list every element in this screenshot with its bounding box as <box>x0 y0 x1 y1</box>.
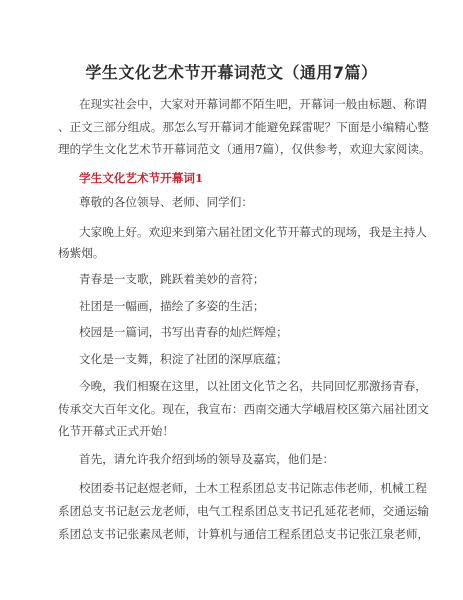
introduction-line: 首先，请允许我介绍到场的领导及嘉宾，他们是： <box>79 451 334 467</box>
declaration-line-3: 化节开幕式正式开始！ <box>58 423 174 439</box>
opening-line-1: 大家晚上好。欢迎来到第六届社团文化节开幕式的现场，我是主持人 <box>79 224 427 240</box>
guests-line-2: 系团总支书记赵云龙老师，电气工程系团总支书记孔延花老师，交通运输 <box>58 503 429 519</box>
intro-line-2: 、正文三部分组成。那怎么写开幕词才能避免踩雷呢？下面是小编精心整 <box>58 119 429 135</box>
verse-2: 社团是一幅画，描绘了多姿的生活； <box>79 298 265 314</box>
opening-line-2: 杨紫烟。 <box>58 245 104 261</box>
guests-line-1: 校团委书记赵煜老师，土木工程系团总支书记陈志伟老师，机械工程 <box>79 480 427 496</box>
declaration-line-1: 今晚，我们相聚在这里，以社团文化节之名，共同回忆那激扬青春， <box>79 378 427 394</box>
guests-line-3: 系团总支书记张素凤老师，计算机与通信工程系团总支书记张江泉老师， <box>58 526 429 542</box>
document-title: 学生文化艺术节开幕词范文（通用7篇） <box>0 63 463 83</box>
section-heading: 学生文化艺术节开幕词1 <box>79 170 203 186</box>
verse-4: 文化是一支舞，积淀了社团的深厚底蕴； <box>79 351 288 367</box>
declaration-line-2: 传承交大百年文化。现在，我宣布：西南交通大学峨眉校区第六届社团文 <box>58 401 429 417</box>
intro-line-3: 理的学生文化艺术节开幕词范文（通用7篇），仅供参考，欢迎大家阅读。 <box>58 141 431 157</box>
greeting: 尊敬的各位领导、老师、同学们： <box>79 194 253 210</box>
verse-3: 校园是一篇词，书写出青春的灿烂辉煌； <box>79 324 288 340</box>
document-page: 学生文化艺术节开幕词范文（通用7篇） 在现实社会中，大家对开幕词都不陌生吧，开幕… <box>0 0 463 600</box>
verse-1: 青春是一支歌，跳跃着美妙的音符； <box>79 271 265 287</box>
intro-line-1: 在现实社会中，大家对开幕词都不陌生吧，开幕词一般由标题、称谓 <box>79 96 427 112</box>
